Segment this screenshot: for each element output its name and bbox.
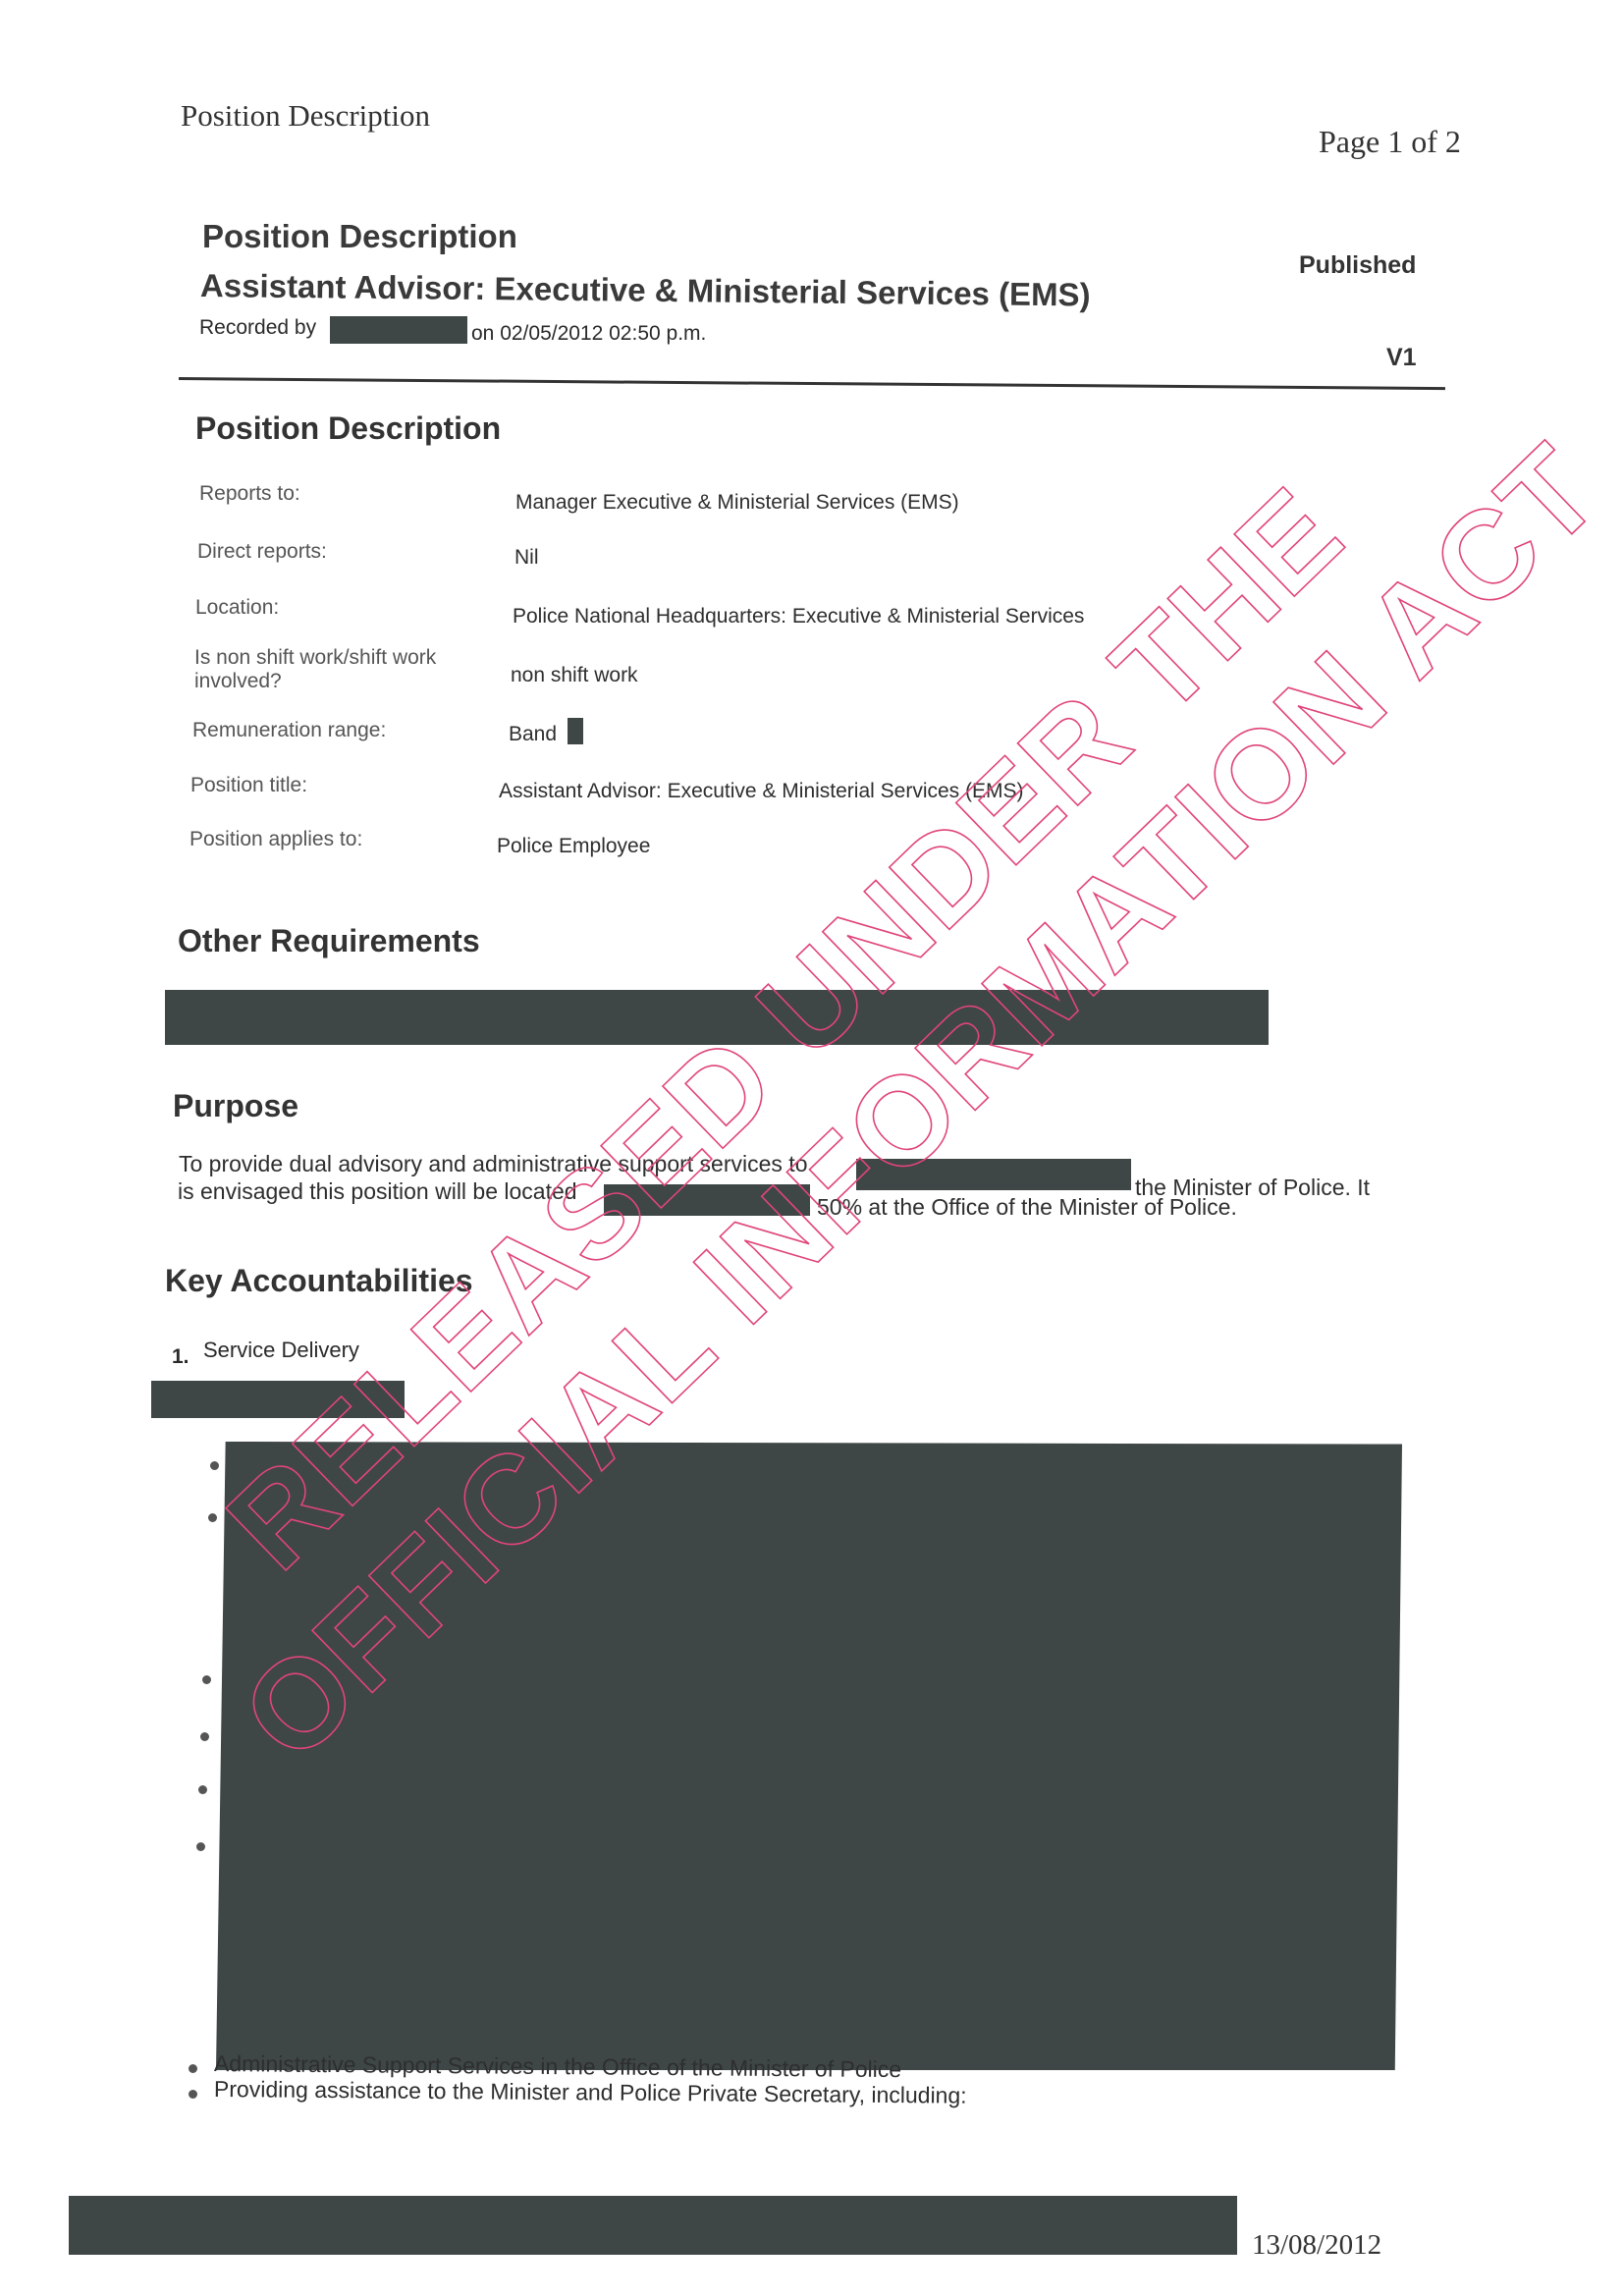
bullet-dot	[189, 2090, 197, 2099]
redaction-footer	[69, 2196, 1237, 2255]
field-value-reports-to: Manager Executive & Ministerial Services…	[515, 491, 959, 515]
accountability-title: Service Delivery	[203, 1338, 359, 1363]
section-heading-purpose: Purpose	[173, 1088, 298, 1124]
doc-kind: Position Description	[202, 218, 517, 255]
header-divider	[179, 377, 1445, 390]
redaction-accountability-subheading	[151, 1381, 405, 1418]
purpose-line1-start: To provide dual advisory and administrat…	[179, 1151, 808, 1177]
redaction-recorder-name	[330, 316, 467, 344]
field-value-applies-to: Police Employee	[497, 835, 650, 858]
field-label-shift-work: Is non shift work/shift work involved?	[194, 646, 479, 693]
bullet-dot	[202, 1675, 211, 1684]
field-value-position-title: Assistant Advisor: Executive & Ministeri…	[499, 780, 1024, 803]
bullet-dot	[196, 1842, 205, 1851]
section-heading-other-requirements: Other Requirements	[178, 923, 480, 959]
field-label-reports-to: Reports to:	[199, 482, 300, 506]
redaction-other-requirements	[165, 990, 1269, 1045]
section-heading-key-accountabilities: Key Accountabilities	[165, 1263, 473, 1299]
field-label-remuneration: Remuneration range:	[192, 719, 386, 742]
redaction-purpose-location	[604, 1184, 810, 1216]
footer-date: 13/08/2012	[1252, 2229, 1381, 2262]
redaction-purpose-recipient	[856, 1159, 1131, 1190]
field-label-applies-to: Position applies to:	[189, 828, 362, 851]
field-value-shift-work: non shift work	[511, 664, 638, 687]
field-label-location: Location:	[195, 596, 279, 620]
bullet-dot	[189, 2064, 197, 2073]
redaction-accountability-details	[216, 1442, 1402, 2070]
recorded-by-label: Recorded by	[199, 316, 316, 340]
redaction-band	[568, 718, 583, 744]
field-value-remuneration: Band	[509, 723, 557, 746]
bullet-dot	[210, 1461, 219, 1470]
bullet-providing-assistance: Providing assistance to the Minister and…	[214, 2076, 967, 2109]
bullet-dot	[198, 1785, 207, 1794]
field-label-direct-reports: Direct reports:	[197, 540, 327, 564]
running-header-title: Position Description	[181, 98, 430, 134]
field-label-position-title: Position title:	[190, 774, 307, 797]
purpose-line2-start: is envisaged this position will be locat…	[178, 1178, 577, 1205]
page-number: Page 1 of 2	[1319, 124, 1461, 160]
bullet-dot	[200, 1732, 209, 1741]
doc-title: Assistant Advisor: Executive & Ministeri…	[200, 267, 1091, 313]
field-value-direct-reports: Nil	[514, 546, 539, 570]
accountability-number: 1.	[172, 1345, 189, 1369]
recorded-on: on 02/05/2012 02:50 p.m.	[471, 322, 706, 346]
version-label: V1	[1386, 344, 1417, 372]
purpose-line2-end: 50% at the Office of the Minister of Pol…	[817, 1194, 1237, 1221]
status-badge: Published	[1299, 251, 1416, 280]
bullet-dot	[208, 1513, 217, 1522]
section-heading-position-description: Position Description	[195, 410, 501, 447]
field-value-location: Police National Headquarters: Executive …	[513, 605, 1084, 629]
